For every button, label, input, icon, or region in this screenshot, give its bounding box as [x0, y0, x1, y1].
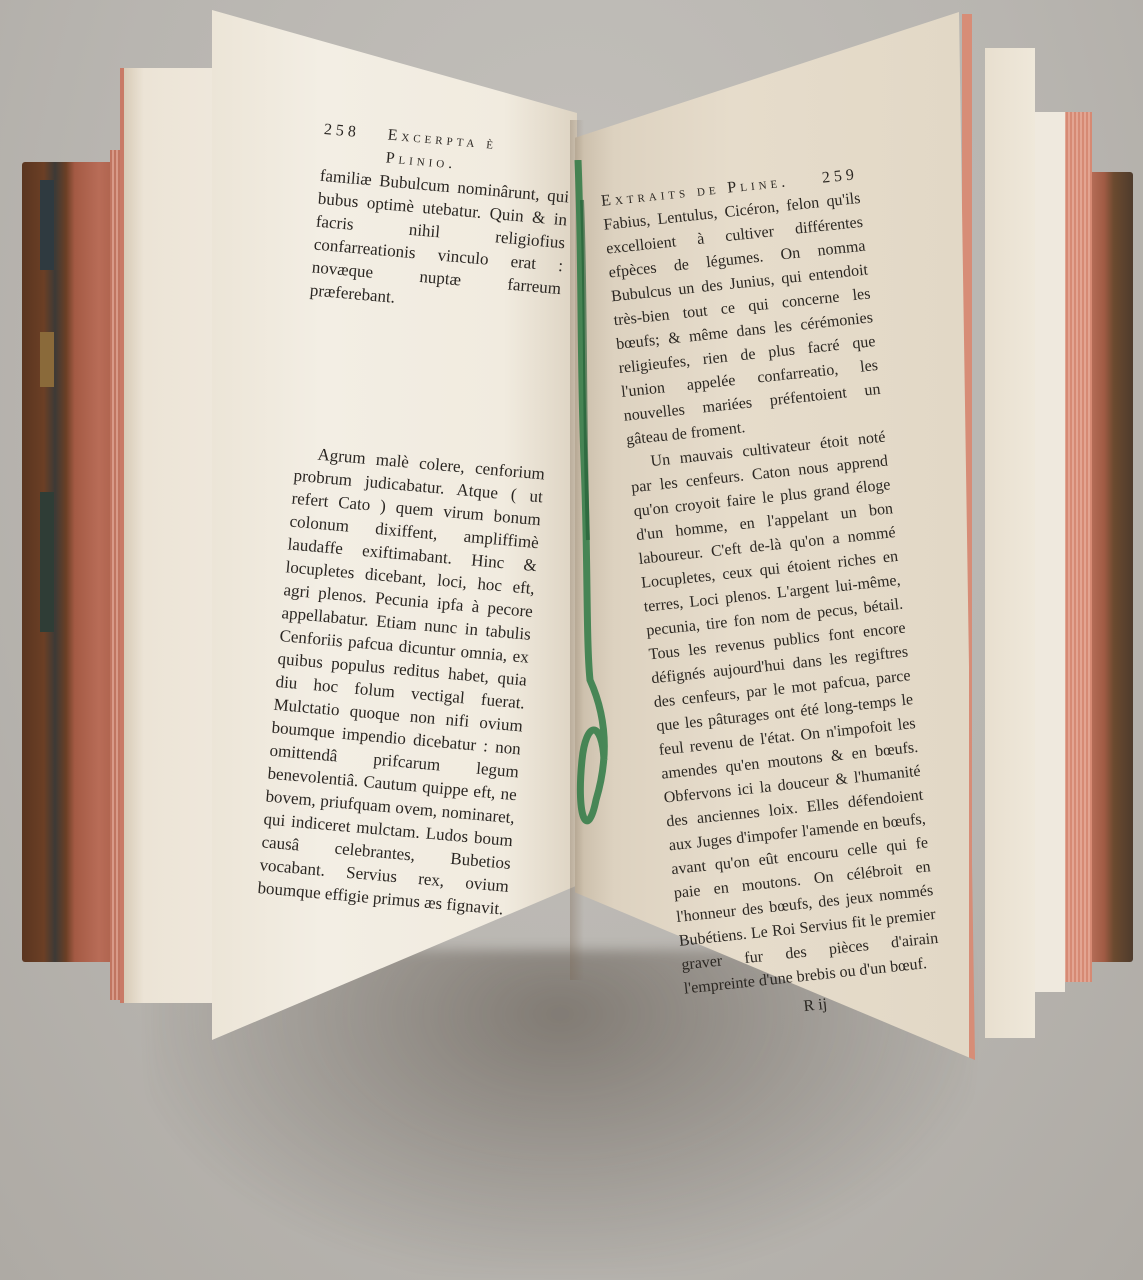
cover-marbling — [40, 492, 54, 632]
page-block-right — [985, 48, 1035, 1038]
cover-marbling — [40, 332, 54, 387]
page-number: 258 — [321, 118, 361, 167]
page-block-left — [120, 68, 224, 1003]
book-cover-right — [1085, 172, 1133, 962]
paragraph: Fabius, Lentulus, Cicéron, felon qu'ils … — [603, 187, 885, 453]
paragraph: familiæ Bubulcum nominârunt, qui bubus o… — [309, 164, 570, 323]
cover-marbling — [40, 180, 54, 270]
page-block-right — [1035, 112, 1065, 992]
ribbon-bookmark-icon — [568, 160, 608, 860]
red-fore-edge-right — [1062, 112, 1092, 982]
paragraph: Agrum malè colere, cenforium probrum jud… — [257, 441, 546, 921]
